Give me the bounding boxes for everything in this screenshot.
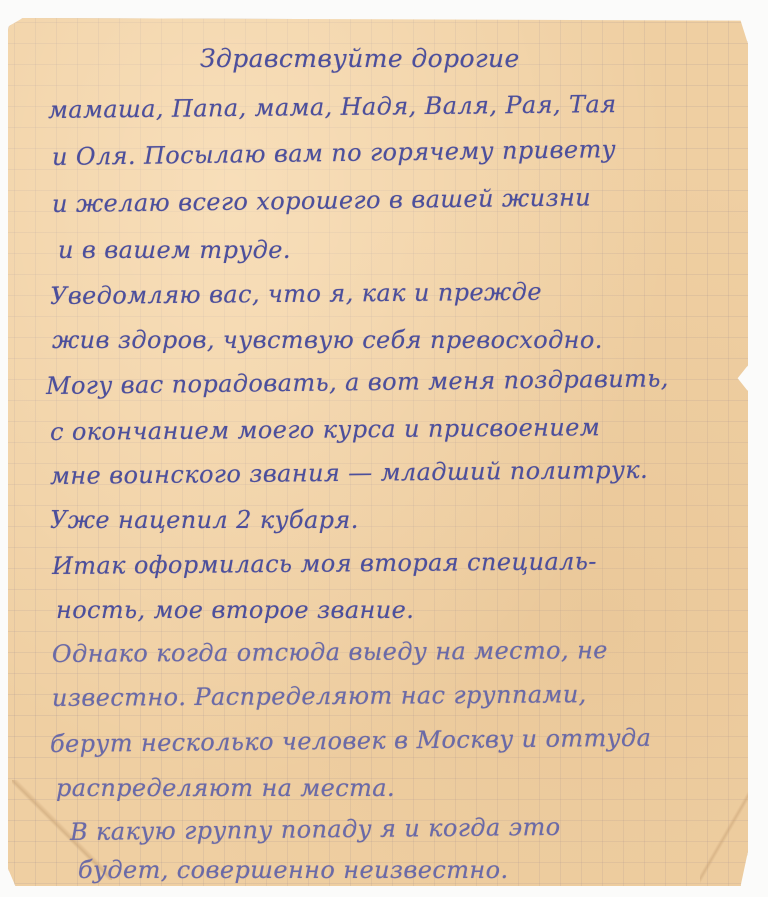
letter-line: берут несколько человек в Москву и оттуд… bbox=[50, 724, 652, 758]
letter-line: Уже нацепил 2 кубаря. bbox=[50, 506, 359, 534]
letter-line: с окончанием моего курса и присвоением bbox=[50, 413, 600, 446]
letter-line: и желаю всего хорошего в вашей жизни bbox=[52, 183, 591, 218]
letter-line: мне воинского звания — младший политрук. bbox=[50, 456, 648, 490]
letter-line: Уведомляю вас, что я, как и прежде bbox=[50, 278, 542, 310]
letter-line: В какую группу попаду я и когда это bbox=[70, 813, 561, 846]
letter-line: Итак оформилась моя вторая специаль- bbox=[52, 547, 597, 580]
letter-line: Однако когда отсюда выеду на место, не bbox=[52, 636, 608, 668]
letter-line: ность, мое второе звание. bbox=[56, 596, 414, 624]
letter-line: распределяют на места. bbox=[56, 774, 395, 802]
letter-greeting: Здравствуйте дорогие bbox=[200, 44, 520, 73]
letter-line: жив здоров, чувствую себя превосходно. bbox=[52, 326, 603, 354]
letter-line: и Оля. Посылаю вам по горячему привету bbox=[52, 135, 616, 171]
letter-body: Здравствуйте дорогие мамаша, Папа, мама,… bbox=[0, 0, 768, 897]
letter-line: Могу вас порадовать, а вот меня поздрави… bbox=[46, 364, 669, 400]
letter-line: и в вашем труде. bbox=[58, 236, 291, 264]
letter-line: известно. Распределяют нас группами, bbox=[52, 680, 587, 712]
letter-line: будет, совершенно неизвестно. bbox=[78, 856, 508, 884]
scanned-letter-canvas: Здравствуйте дорогие мамаша, Папа, мама,… bbox=[0, 0, 768, 897]
letter-line: мамаша, Папа, мама, Надя, Валя, Рая, Тая bbox=[48, 90, 617, 124]
